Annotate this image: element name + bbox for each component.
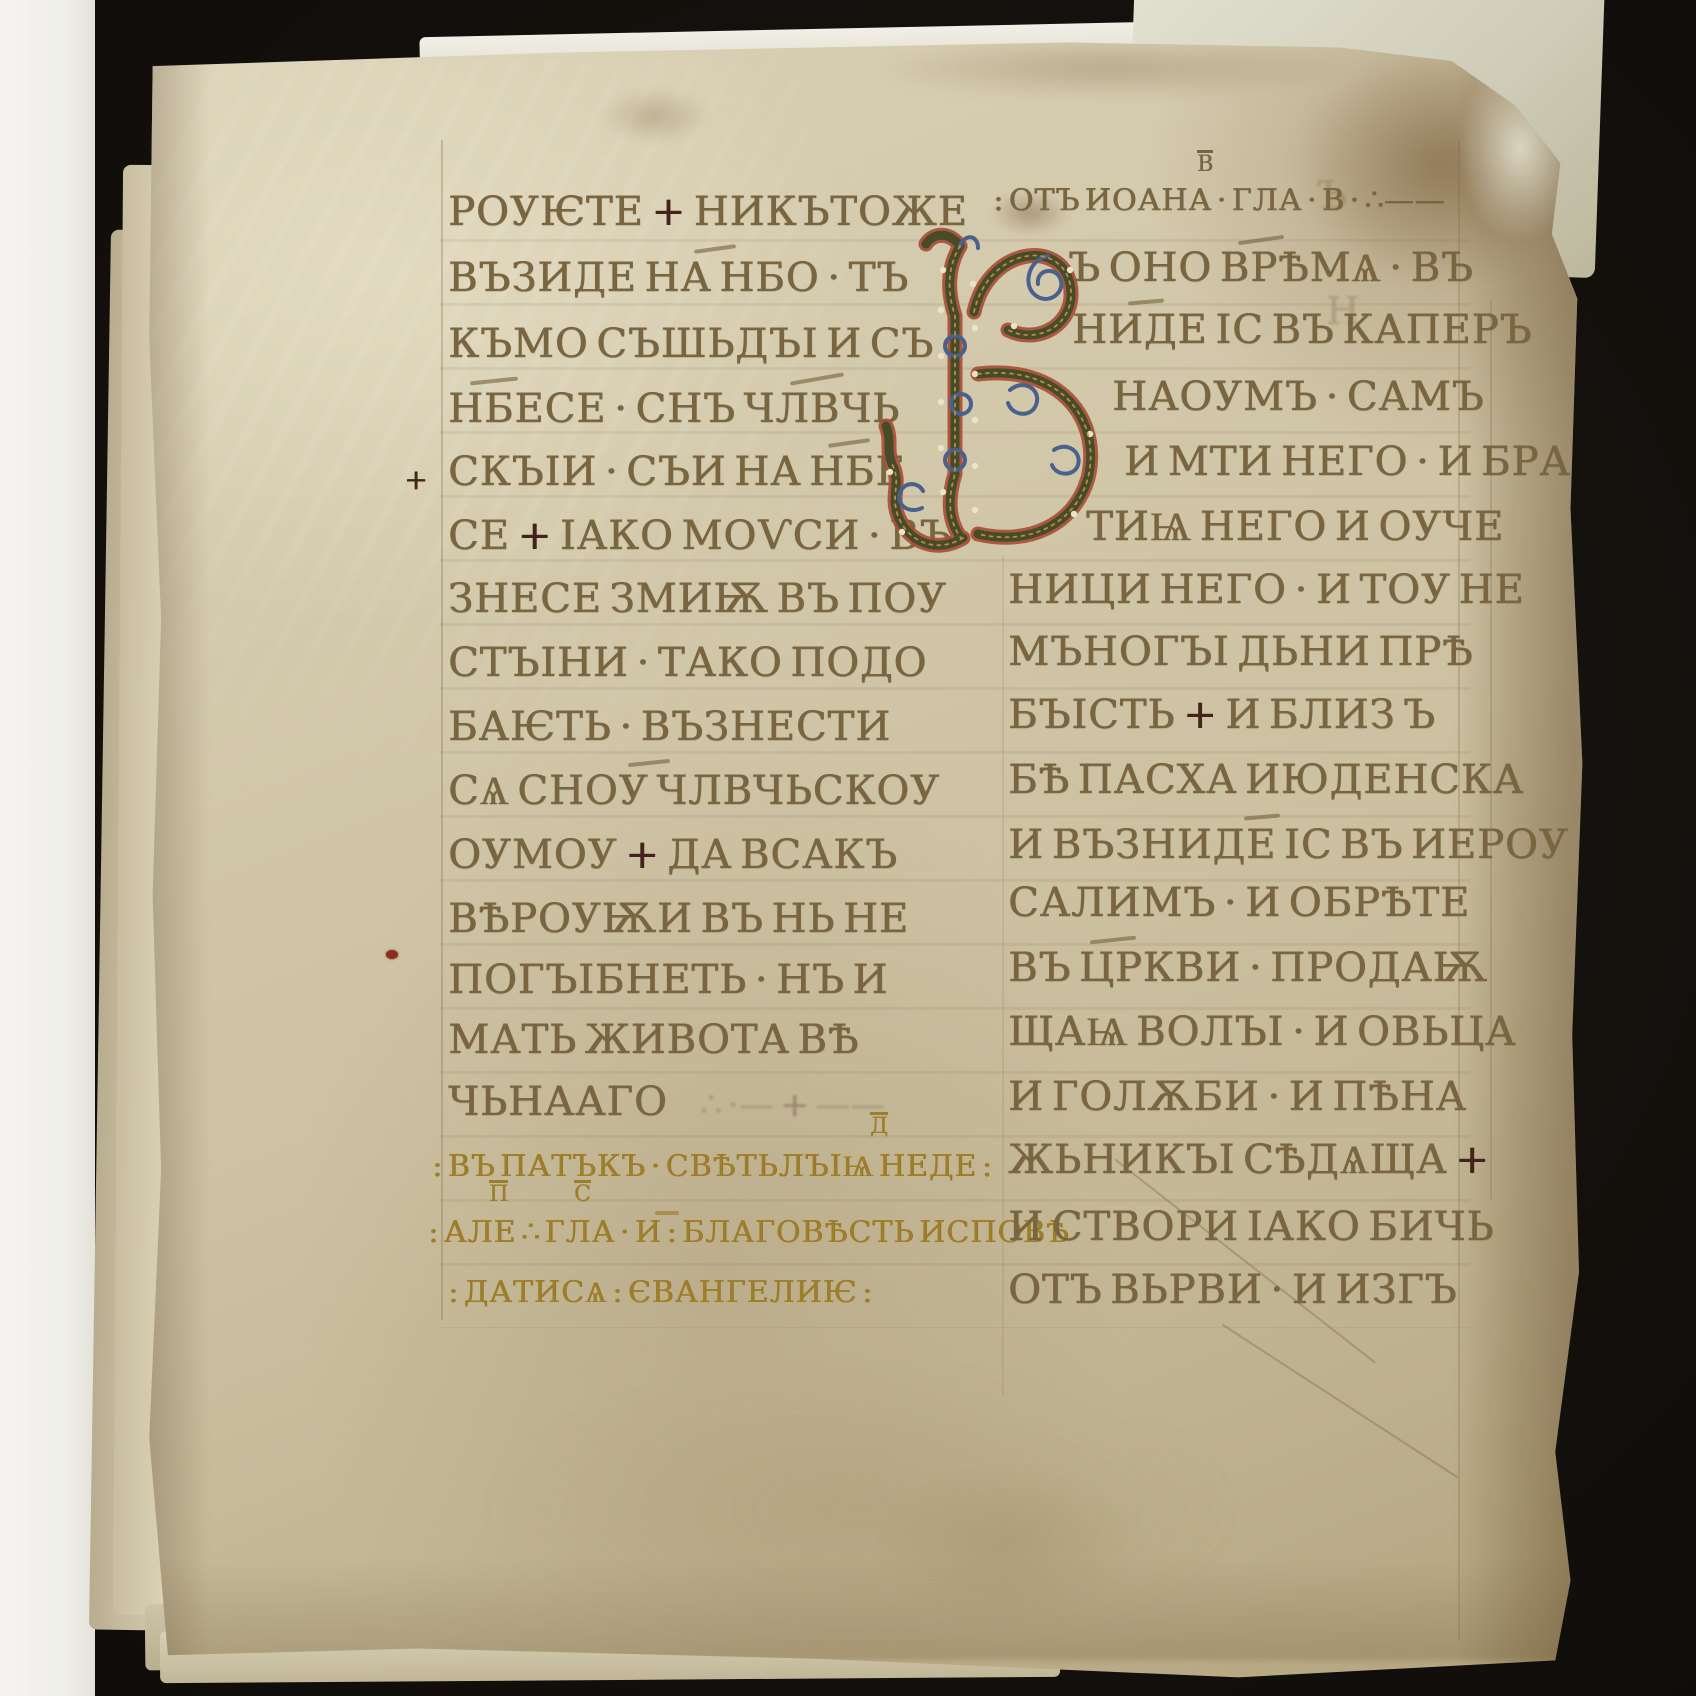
text-line: СѦ СНОУ ЧЛВЧЬСКОУ [448, 771, 940, 811]
text-line: МАТЬ ЖИВОТА ВѢ [448, 1020, 859, 1060]
text-line: И МТИ НЕГО · И БРА [1124, 442, 1571, 482]
cross-mark: + [625, 832, 660, 878]
text-line: НБЕСЕ · СНЪ ЧЛВЧЬ [448, 389, 900, 429]
text-line: МЪНОГЪІ ДЬНИ ПРѢ [1008, 632, 1473, 672]
text-line: БѢ ПАСХА ИЮДЕНСКА [1008, 760, 1524, 800]
cross-mark: + [404, 463, 428, 496]
manuscript-photo: : ОТЪ ИОАНА · ГЛА · В · ∴——РОУѤТЕ + НИКЪ… [0, 0, 1696, 1696]
superscript-letter: Д [870, 1112, 888, 1138]
initial-ornament-icon [862, 222, 1108, 560]
text-line: ВЪЗИДЕ НА НБО · ТЪ [448, 258, 909, 298]
text-line: ЗНЕСЕ ЗМИѬ ВЪ ПОУ [448, 579, 947, 619]
ornament-mark: ∴ [1364, 183, 1383, 218]
text-line: : ОТЪ ИОАНА · ГЛА · В · ∴—— [993, 186, 1446, 216]
text-line: БЪІСТЬ + И БЛИЗ Ъ [1008, 695, 1436, 735]
text-line: Н [1326, 292, 1360, 330]
stain-spot [480, 1370, 1240, 1650]
text-line: И СТВОРИ ІАКО БИЧЬ [1008, 1207, 1494, 1247]
red-margin-mark [386, 950, 398, 959]
text-line: + [404, 466, 428, 494]
text-line: ОТЪ ВЬРВИ · И ИЗГЪ [1008, 1270, 1457, 1310]
cross-mark: + [780, 1085, 810, 1125]
ruling-vertical [441, 140, 443, 1320]
text-line: САЛИМЪ · И ОБРѢТЕ [1008, 883, 1470, 923]
text-line: ЩАѨ ВОЛЪІ · И ОВЬЦА [1008, 1012, 1516, 1052]
text-line: ТИѨ НЕГО И ОУЧЕ [1086, 507, 1504, 547]
cross-mark: + [651, 189, 686, 235]
parchment-crease [1222, 1324, 1458, 1478]
ruling-vertical [1002, 555, 1004, 1395]
ornament-mark: ∴ [700, 1085, 722, 1125]
text-line: НИДЕ ІС ВЪ КАПЕРЪ [1072, 310, 1532, 350]
text-line: ВѢРОУѬИ ВЪ НЬ НЕ [448, 899, 909, 939]
edge-stain [150, 1560, 1570, 1660]
text-line: ∴ ·— + —— [700, 1088, 885, 1122]
cross-mark: + [1455, 1137, 1490, 1183]
text-line: СКЪІИ · СЪИ НА НБЕ [448, 452, 906, 492]
text-line: ЧЬНААГО [448, 1082, 668, 1122]
text-line: ВЪ ЦРКВИ · ПРОДАѬ [1008, 948, 1488, 988]
text-line: ПОГЪІБНЕТЬ · НЪ И [448, 960, 888, 1000]
ornament-mark: ∴ [521, 1215, 540, 1250]
text-line: БАѤТЬ · ВЪЗНЕСТИ [448, 707, 891, 747]
superscript-letter: П [489, 1180, 508, 1206]
illuminated-initial-ve: В [862, 222, 1108, 560]
text-line: ЖЬНИКЪІ СѢДѦЩА + [1008, 1140, 1490, 1180]
text-line: СТЪІНИ · ТАКО ПОДО [448, 643, 927, 683]
scanner-edge-strip [0, 0, 95, 1696]
text-line: НИЦИ НЕГО · И ТОУ НЕ [1008, 570, 1525, 610]
parchment-crease [1490, 300, 1492, 1200]
text-line: НАОУМЪ · САМЪ [1112, 377, 1484, 417]
text-line: ОУМОУ + ДА ВСАКЪ [448, 835, 898, 875]
titlo-mark [655, 1211, 679, 1215]
text-line: Ъ [1316, 176, 1347, 214]
text-line: : АЛЕ ∴ ГЛА · И : БЛАГОВѢСТЬ ИСПОВѢ [428, 1218, 1070, 1248]
text-line: И ВЪЗНИДЕ ІС ВЪ ИЕРОУ [1008, 825, 1569, 865]
stain-spot [880, 1470, 1140, 1620]
text-line: : ВЪ ПАТЪКЪ · СВѢТЬЛЪІѨ НЕДЕ : [432, 1152, 993, 1182]
cross-mark: + [1183, 692, 1218, 738]
text-line: И ГОЛѪБИ · И ПѢНА [1008, 1077, 1467, 1117]
cross-mark: + [518, 513, 553, 559]
text-line: : ДАТИСѦ : ЄВАНГЕЛИѤ : [448, 1278, 873, 1308]
superscript-letter: С [574, 1180, 591, 1206]
superscript-letter: В [1197, 150, 1213, 176]
text-line: Ъ ОНО ВРѢМѦ · ВЪ [1068, 248, 1474, 288]
